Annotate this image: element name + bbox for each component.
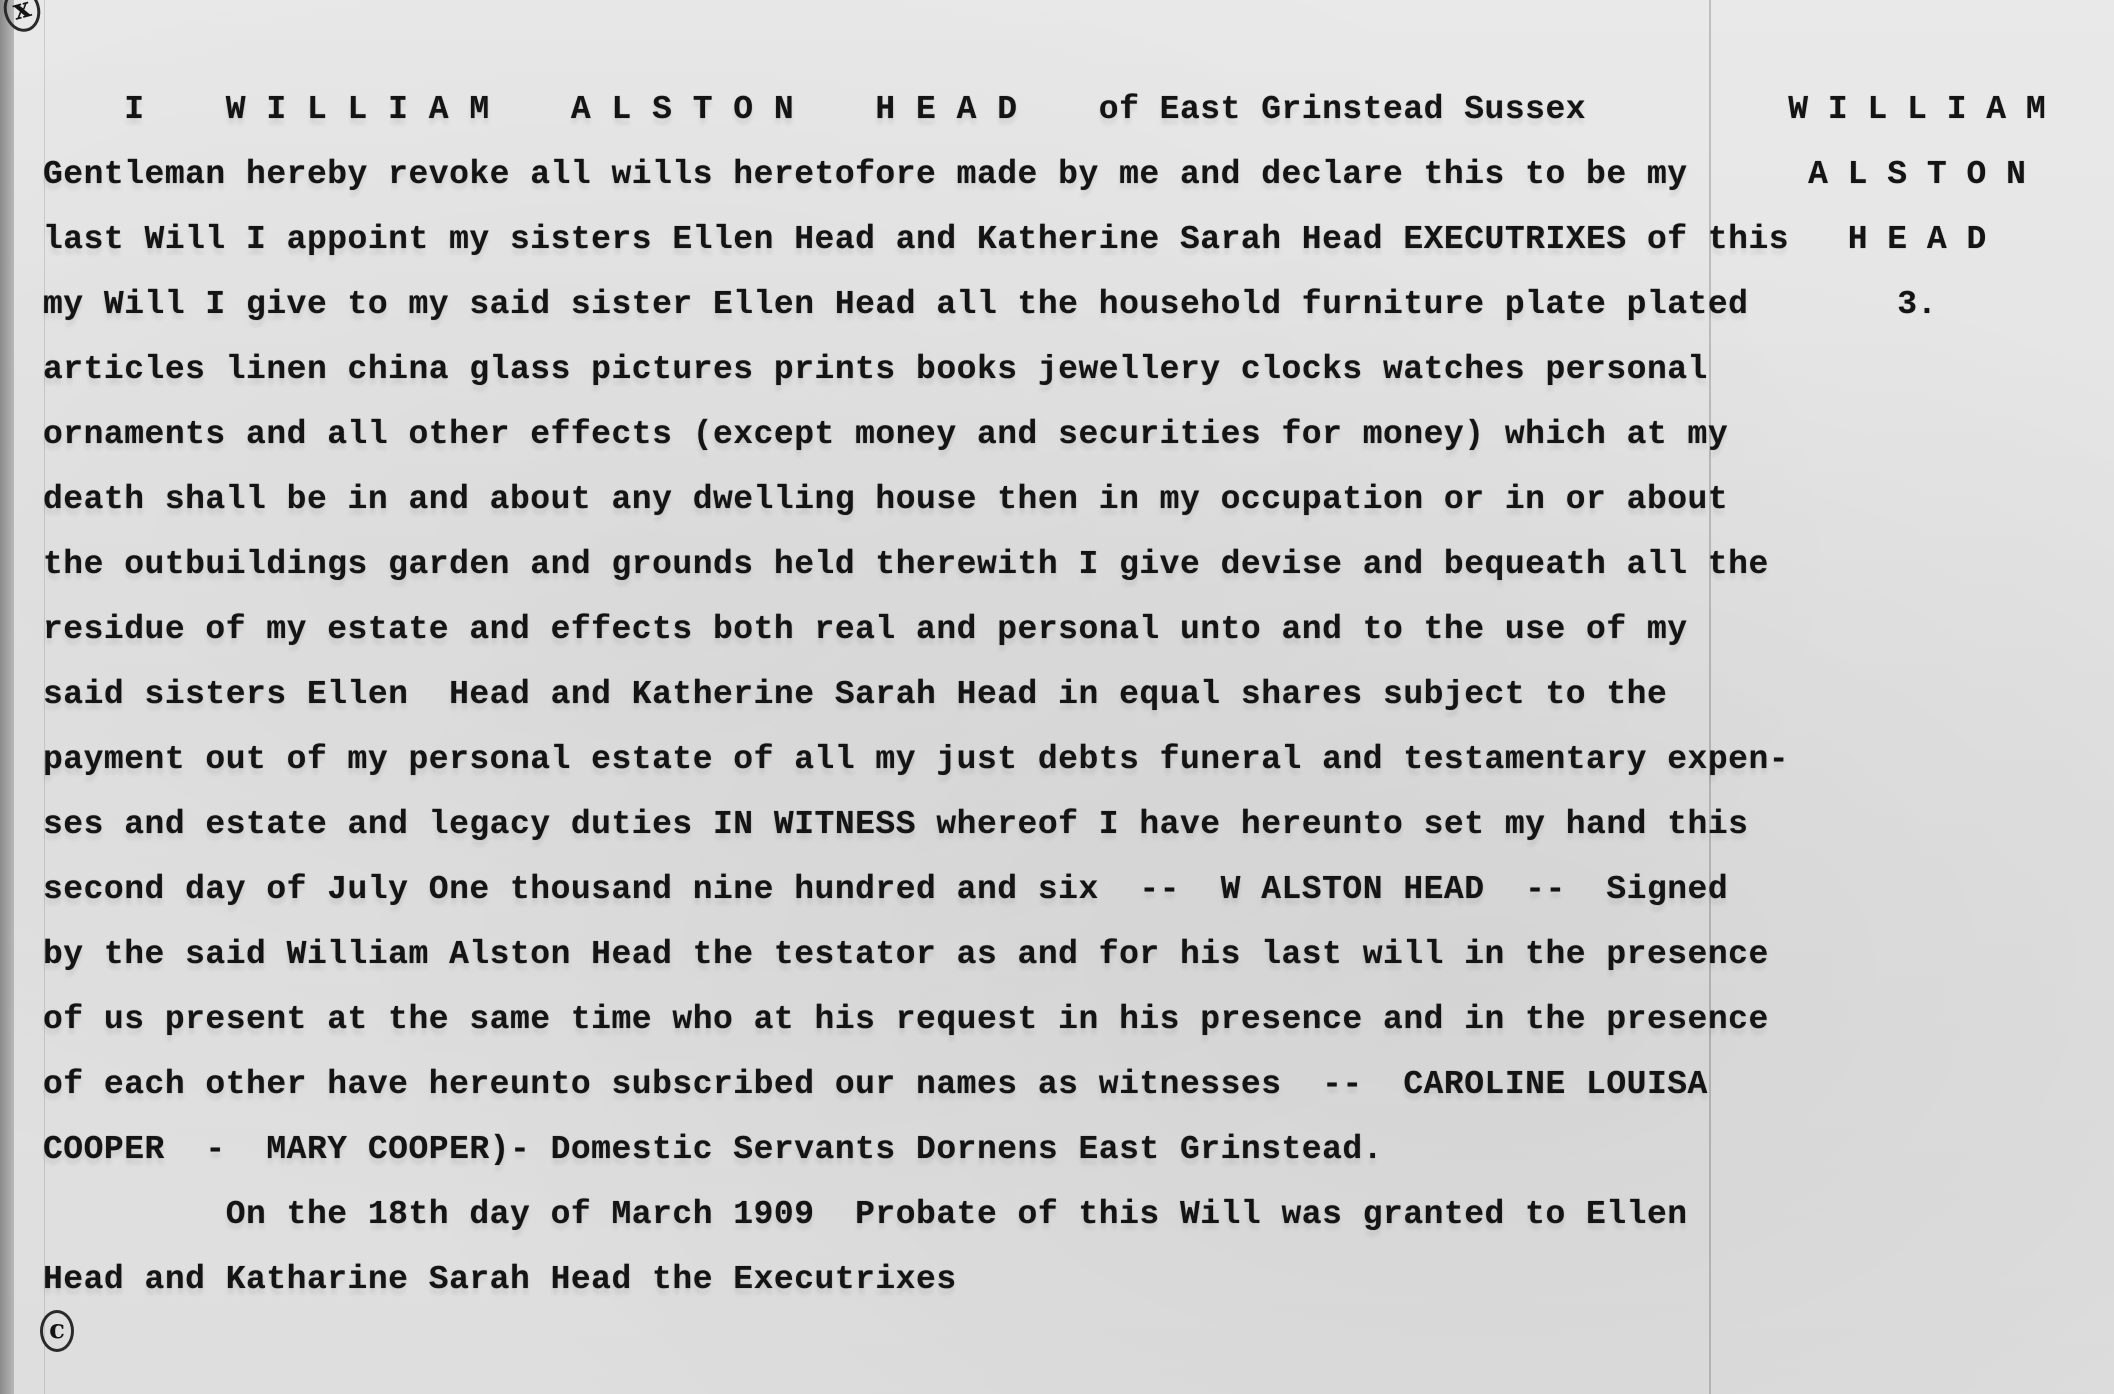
probate-line: On the 18th day of March 1909 Probate of… — [43, 1191, 1743, 1256]
probate-line: Head and Katharine Sarah Head the Execut… — [43, 1256, 1743, 1321]
will-line: articles linen china glass pictures prin… — [43, 346, 1743, 411]
will-line: of each other have hereunto subscribed o… — [43, 1061, 1743, 1126]
will-line: last Will I appoint my sisters Ellen Hea… — [43, 216, 1743, 281]
margin-heading: W I L L I A M A L S T O N H E A D 3. — [1720, 86, 2114, 346]
will-line: by the said William Alston Head the test… — [43, 931, 1743, 996]
will-line: ses and estate and legacy duties IN WITN… — [43, 801, 1743, 866]
will-line: residue of my estate and effects both re… — [43, 606, 1743, 671]
margin-heading-number: 3. — [1720, 281, 2114, 346]
will-line: payment out of my personal estate of all… — [43, 736, 1743, 801]
will-line: Gentleman hereby revoke all wills hereto… — [43, 151, 1743, 216]
will-body: I W I L L I A M A L S T O N H E A D of E… — [43, 86, 1743, 1321]
margin-heading-first-name: W I L L I A M — [1720, 86, 2114, 151]
will-line-heading: I W I L L I A M A L S T O N H E A D of E… — [43, 86, 1743, 151]
will-line: my Will I give to my said sister Ellen H… — [43, 281, 1743, 346]
page-edge-shadow — [0, 0, 14, 1394]
circled-mark-bottom: c — [40, 1310, 74, 1352]
will-line: COOPER - MARY COOPER)- Domestic Servants… — [43, 1126, 1743, 1191]
will-line: of us present at the same time who at hi… — [43, 996, 1743, 1061]
will-line: second day of July One thousand nine hun… — [43, 866, 1743, 931]
margin-heading-surname: H E A D — [1720, 216, 2114, 281]
will-line: the outbuildings garden and grounds held… — [43, 541, 1743, 606]
will-line: said sisters Ellen Head and Katherine Sa… — [43, 671, 1743, 736]
margin-heading-middle-name: A L S T O N — [1720, 151, 2114, 216]
will-line: death shall be in and about any dwelling… — [43, 476, 1743, 541]
will-line: ornaments and all other effects (except … — [43, 411, 1743, 476]
